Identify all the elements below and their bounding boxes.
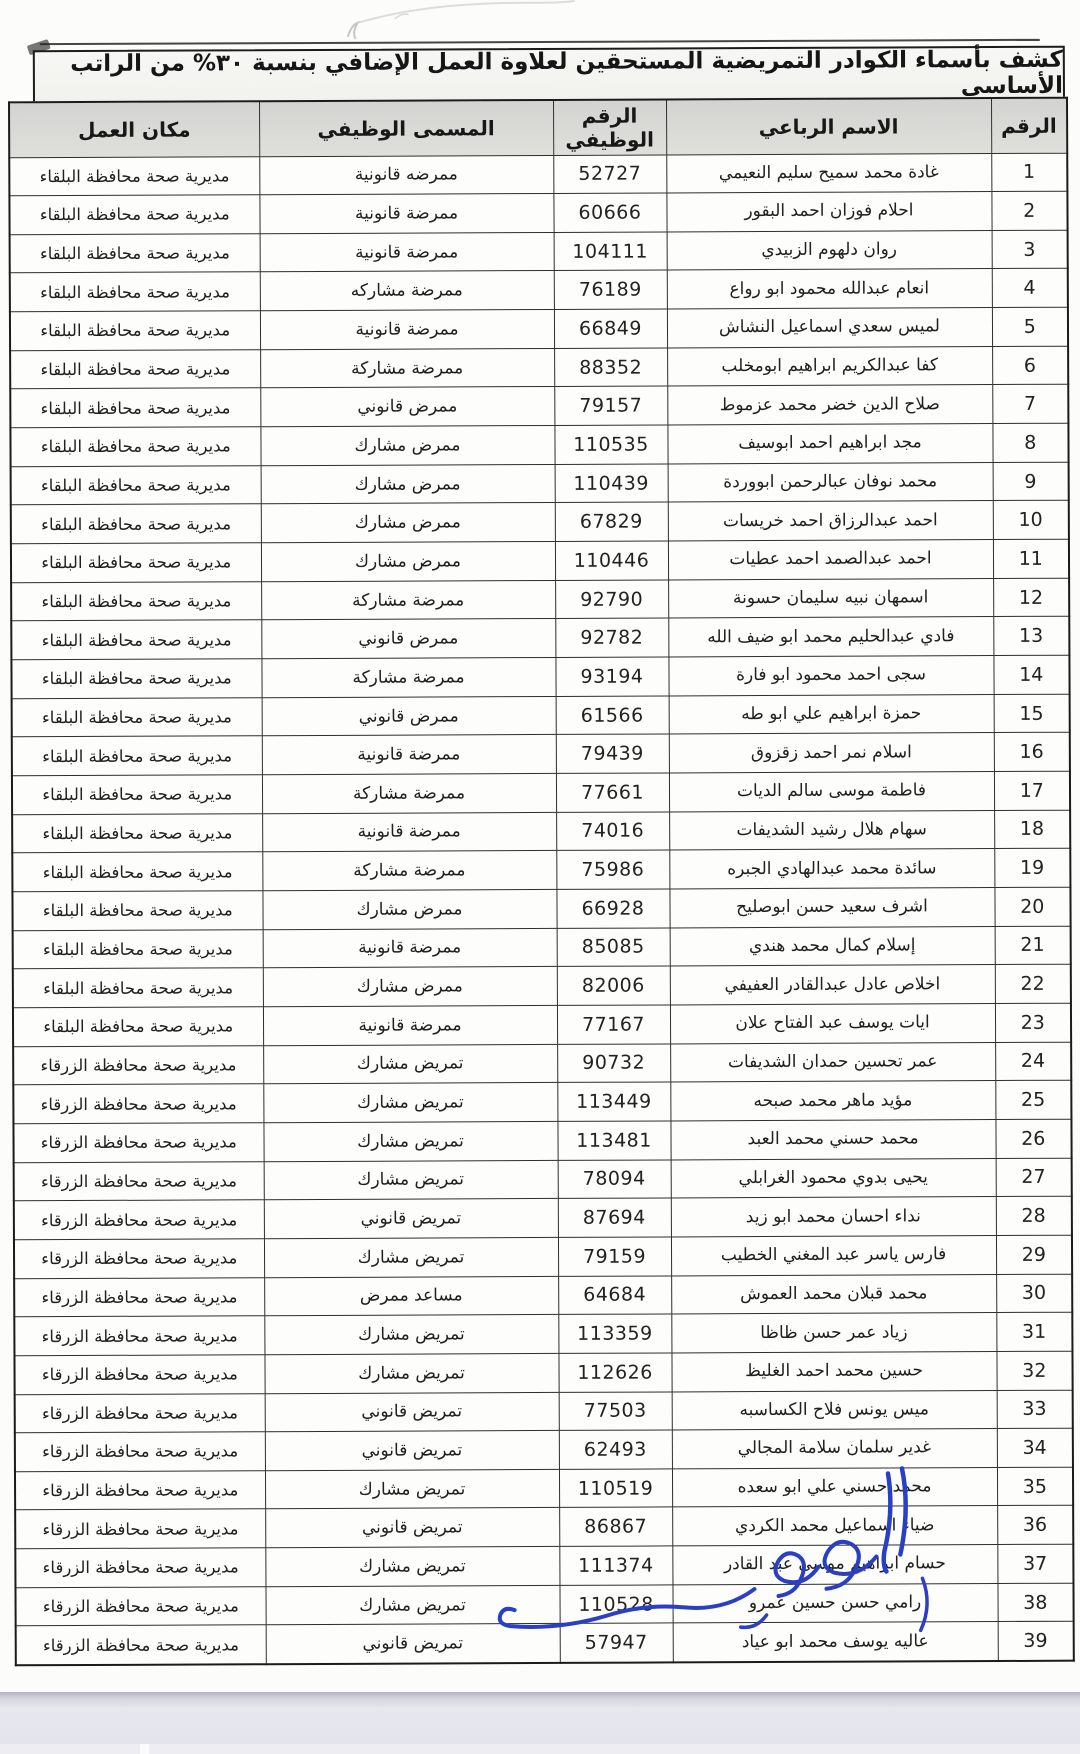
cell-employee-number: 85085 (557, 928, 670, 967)
cell-serial: 22 (995, 964, 1071, 1003)
table-row: 3روان دلهوم الزبيدي104111ممرضة قانونيةمد… (10, 230, 1068, 273)
cell-workplace: مديرية صحة محافظة الزرقاء (14, 1200, 264, 1240)
cell-serial: 18 (994, 810, 1070, 849)
cell-employee-number: 79157 (554, 386, 667, 425)
column-header-full-name: الاسم الرباعي (666, 98, 991, 154)
cell-workplace: مديرية صحة محافظة البلقاء (10, 350, 260, 390)
cell-workplace: مديرية صحة محافظة البلقاء (10, 388, 260, 428)
cell-job-title: ممرضه قانونية (259, 155, 553, 195)
cell-workplace: مديرية صحة محافظة الزرقاء (14, 1161, 264, 1201)
cell-full-name: فارس ياسر عبد المغني الخطيب (671, 1235, 996, 1275)
cell-serial: 2 (991, 191, 1067, 230)
cell-employee-number: 113359 (558, 1314, 671, 1353)
cell-serial: 24 (995, 1042, 1071, 1081)
cell-job-title: تمريض مشارك (263, 1121, 557, 1161)
table-row: 8مجد ابراهيم احمد ابوسيف110535ممرض مشارك… (10, 423, 1068, 466)
table-row: 36ضياء اسماعيل محمد الكردي86867تمريض قان… (15, 1506, 1073, 1549)
document-title-box: كشف بأسماء الكوادر التمريضية المستحقين ل… (33, 46, 1065, 105)
cell-job-title: ممرض قانوني (262, 696, 556, 736)
cell-workplace: مديرية صحة محافظة البلقاء (12, 736, 262, 776)
cell-workplace: مديرية صحة محافظة الزرقاء (14, 1239, 264, 1279)
cell-job-title: تمريض قانوني (265, 1431, 559, 1471)
cell-full-name: مجد ابراهيم احمد ابوسيف (667, 424, 992, 464)
cell-full-name: اشرف سعيد حسن ابوصليح (669, 887, 994, 927)
table-row: 12اسمهان نبيه سليمان حسونة92790ممرضة مشا… (11, 578, 1069, 621)
cell-employee-number: 77503 (559, 1391, 672, 1430)
cell-serial: 5 (992, 307, 1068, 346)
cell-serial: 16 (994, 733, 1070, 772)
cell-serial: 31 (996, 1312, 1072, 1351)
cell-job-title: ممرضة قانونية (260, 310, 554, 350)
cell-serial: 1 (991, 153, 1067, 192)
cell-employee-number: 67829 (555, 502, 668, 541)
cell-workplace: مديرية صحة محافظة البلقاء (11, 465, 261, 505)
cell-full-name: حسام ابراهيم موسى عبد القادر (672, 1545, 997, 1585)
cell-serial: 9 (993, 462, 1069, 501)
cell-workplace: مديرية صحة محافظة البلقاء (12, 852, 262, 892)
scan-edge-notch (140, 1744, 149, 1754)
header-row: الرقم الاسم الرباعي الرقم الوظيفي المسمى… (9, 98, 1067, 158)
cell-job-title: تمريض مشارك (263, 1044, 557, 1084)
document-sheet: كشف بأسماء الكوادر التمريضية المستحقين ل… (0, 0, 1080, 1754)
cell-serial: 13 (993, 617, 1069, 656)
cell-serial: 12 (993, 578, 1069, 617)
cell-full-name: احلام فوزان احمد البقور (666, 192, 991, 232)
cell-serial: 4 (992, 269, 1068, 308)
table-row: 28نداء احسان محمد ابو زيد87694تمريض قانو… (14, 1196, 1072, 1239)
table-row: 33ميس يونس فلاح الكساسبه77503تمريض قانون… (15, 1390, 1073, 1433)
cell-full-name: فاطمة موسى سالم الديات (669, 772, 994, 812)
cell-workplace: مديرية صحة محافظة الزرقاء (16, 1625, 266, 1665)
table-row: 31زياد عمر حسن ظاظا113359تمريض مشاركمدير… (14, 1312, 1072, 1355)
cell-job-title: ممرضة مشاركة (260, 348, 554, 388)
cell-workplace: مديرية صحة محافظة الزرقاء (15, 1432, 265, 1472)
cell-full-name: زياد عمر حسن ظاظا (671, 1313, 996, 1353)
cell-job-title: مساعد ممرض (264, 1276, 558, 1316)
cell-full-name: ضياء اسماعيل محمد الكردي (672, 1506, 997, 1546)
cell-workplace: مديرية صحة محافظة البلقاء (13, 968, 263, 1008)
table-row: 22اخلاص عادل عبدالقادر العفيفي82006ممرض … (13, 964, 1071, 1007)
cell-workplace: مديرية صحة محافظة الزرقاء (15, 1586, 265, 1626)
cell-serial: 14 (993, 655, 1069, 694)
cell-job-title: ممرضة قانونية (262, 812, 556, 852)
cell-employee-number: 74016 (556, 812, 669, 851)
cell-serial: 21 (995, 926, 1071, 965)
cell-serial: 10 (993, 501, 1069, 540)
cell-full-name: نداء احسان محمد ابو زيد (671, 1197, 996, 1237)
cell-workplace: مديرية صحة محافظة البلقاء (12, 813, 262, 853)
table-row: 23ايات يوسف عبد الفتاح علان77167ممرضة قا… (13, 1003, 1071, 1046)
cell-serial: 15 (994, 694, 1070, 733)
cell-employee-number: 110446 (555, 541, 668, 580)
cell-serial: 3 (992, 230, 1068, 269)
table-row: 7صلاح الدين خضر محمد عزموط79157ممرض قانو… (10, 385, 1068, 428)
cell-serial: 34 (997, 1428, 1073, 1467)
staff-table: الرقم الاسم الرباعي الرقم الوظيفي المسمى… (8, 97, 1075, 1666)
cell-full-name: اسمهان نبيه سليمان حسونة (668, 578, 993, 618)
cell-job-title: تمريض مشارك (265, 1585, 559, 1625)
cell-full-name: سجى احمد محمود ابو فارة (668, 656, 993, 696)
table-row: 29فارس ياسر عبد المغني الخطيب79159تمريض … (14, 1235, 1072, 1278)
cell-serial: 36 (997, 1506, 1073, 1545)
table-row: 11احمد عبدالصمد احمد عطيات110446ممرض مشا… (11, 539, 1069, 582)
cell-job-title: ممرض مشارك (261, 503, 555, 543)
cell-serial: 25 (995, 1080, 1071, 1119)
cell-serial: 7 (992, 385, 1068, 424)
cell-serial: 30 (996, 1274, 1072, 1313)
table-row: 30محمد قبلان محمد العموش64684مساعد ممرضم… (14, 1274, 1072, 1317)
cell-serial: 8 (992, 423, 1068, 462)
cell-job-title: ممرضة قانونية (263, 1005, 557, 1045)
table-row: 39عاليه يوسف محمد ابو عياد57947تمريض قان… (16, 1622, 1074, 1665)
cell-job-title: ممرضة مشاركة (261, 657, 555, 697)
table-row: 34غدير سلمان سلامة المجالي62493تمريض قان… (15, 1428, 1073, 1471)
table-row: 24عمر تحسين حمدان الشديفات90732تمريض مشا… (13, 1042, 1071, 1085)
cell-serial: 39 (998, 1622, 1074, 1661)
cell-job-title: ممرضة مشاركه (260, 271, 554, 311)
cell-job-title: ممرضة قانونية (259, 194, 553, 234)
staff-table-header: الرقم الاسم الرباعي الرقم الوظيفي المسمى… (9, 98, 1067, 158)
cell-full-name: رامي حسن حسين عمرو (672, 1583, 997, 1623)
cell-full-name: اسلام نمر احمد زقزوق (669, 733, 994, 773)
cell-full-name: عمر تحسين حمدان الشديفات (670, 1042, 995, 1082)
cell-serial: 35 (997, 1467, 1073, 1506)
table-row: 17فاطمة موسى سالم الديات77661ممرضة مشارك… (12, 771, 1070, 814)
cell-full-name: ايات يوسف عبد الفتاح علان (670, 1003, 995, 1043)
cell-employee-number: 104111 (554, 232, 667, 271)
cell-full-name: حمزة ابراهيم علي ابو طه (669, 694, 994, 734)
cell-employee-number: 113449 (557, 1082, 670, 1121)
cell-job-title: ممرضة قانونية (262, 735, 556, 775)
cell-workplace: مديرية صحة محافظة الزرقاء (15, 1393, 265, 1433)
cell-workplace: مديرية صحة محافظة البلقاء (11, 543, 261, 583)
table-row: 13فادي عبدالحليم محمد ابو ضيف الله92782م… (11, 617, 1069, 660)
cell-workplace: مديرية صحة محافظة الزرقاء (14, 1355, 264, 1395)
cell-job-title: تمريض مشارك (264, 1315, 558, 1355)
table-row: 16اسلام نمر احمد زقزوق79439ممرضة قانونية… (12, 733, 1070, 776)
cell-workplace: مديرية صحة محافظة البلقاء (12, 697, 262, 737)
cell-full-name: عاليه يوسف محمد ابو عياد (673, 1622, 998, 1662)
cell-workplace: مديرية صحة محافظة الزرقاء (15, 1509, 265, 1549)
cell-employee-number: 110528 (559, 1585, 672, 1624)
cell-full-name: احمد عبدالصمد احمد عطيات (668, 540, 993, 580)
cell-job-title: تمريض مشارك (264, 1160, 558, 1200)
cell-workplace: مديرية صحة محافظة البلقاء (13, 929, 263, 969)
cell-full-name: احمد عبدالرزاق احمد خريسات (668, 501, 993, 541)
cell-job-title: ممرض قانوني (260, 387, 554, 427)
cell-serial: 27 (996, 1158, 1072, 1197)
column-header-employee-no: الرقم الوظيفي (553, 99, 666, 154)
cell-workplace: مديرية صحة محافظة البلقاء (11, 620, 261, 660)
cell-employee-number: 75986 (556, 850, 669, 889)
cell-job-title: تمريض قانوني (264, 1199, 558, 1239)
cell-workplace: مديرية صحة محافظة البلقاء (12, 775, 262, 815)
cell-serial: 29 (996, 1235, 1072, 1274)
cell-full-name: غدير سلمان سلامة المجالي (672, 1429, 997, 1469)
cell-employee-number: 92782 (555, 618, 668, 657)
cell-employee-number: 82006 (557, 966, 670, 1005)
cell-full-name: محمد حسني محمد العبد (670, 1119, 995, 1159)
cell-serial: 23 (995, 1003, 1071, 1042)
table-row: 9محمد نوفان عبالرحمن ابووردة110439ممرض م… (11, 462, 1069, 505)
cell-employee-number: 61566 (556, 696, 669, 735)
cell-employee-number: 90732 (557, 1044, 670, 1083)
cell-workplace: مديرية صحة محافظة البلقاء (10, 234, 260, 274)
table-row: 1غادة محمد سميح سليم النعيمي52727ممرضه ق… (9, 153, 1067, 196)
table-row: 37حسام ابراهيم موسى عبد القادر111374تمري… (15, 1544, 1073, 1587)
cell-serial: 37 (997, 1544, 1073, 1583)
cell-workplace: مديرية صحة محافظة البلقاء (9, 156, 259, 196)
table-row: 26محمد حسني محمد العبد113481تمريض مشاركم… (13, 1119, 1071, 1162)
table-row: 4انعام عبدالله محمود ابو رواع76189ممرضة … (10, 269, 1068, 312)
cell-job-title: ممرض مشارك (260, 426, 554, 466)
cell-job-title: تمريض مشارك (265, 1547, 559, 1587)
cell-job-title: تمريض مشارك (265, 1469, 559, 1509)
cell-serial: 33 (997, 1390, 1073, 1429)
cell-workplace: مديرية صحة محافظة البلقاء (11, 659, 261, 699)
cell-serial: 6 (992, 346, 1068, 385)
cell-serial: 19 (994, 849, 1070, 888)
cell-employee-number: 57947 (560, 1623, 673, 1662)
table-row: 20اشرف سعيد حسن ابوصليح66928ممرض مشاركمد… (12, 887, 1070, 930)
cell-full-name: سائدة محمد عبدالهادي الجبره (669, 849, 994, 889)
cell-serial: 17 (994, 771, 1070, 810)
cell-employee-number: 77167 (557, 1005, 670, 1044)
cell-employee-number: 62493 (559, 1430, 672, 1469)
cell-full-name: مؤيد ماهر محمد صبحه (670, 1081, 995, 1121)
cell-full-name: اخلاص عادل عبدالقادر العفيفي (670, 965, 995, 1005)
cell-job-title: ممرض مشارك (261, 542, 555, 582)
cell-job-title: تمريض مشارك (264, 1237, 558, 1277)
cell-employee-number: 86867 (559, 1507, 672, 1546)
cell-employee-number: 113481 (557, 1121, 670, 1160)
cell-job-title: ممرضة قانونية (260, 232, 554, 272)
column-header-serial: الرقم (991, 98, 1067, 153)
cell-workplace: مديرية صحة محافظة الزرقاء (15, 1471, 265, 1511)
cell-employee-number: 87694 (558, 1198, 671, 1237)
cell-employee-number: 111374 (559, 1546, 672, 1585)
cell-workplace: مديرية صحة محافظة البلقاء (11, 581, 261, 621)
cell-job-title: ممرضة مشاركة (261, 580, 555, 620)
table-row: 6كفا عبدالكريم ابراهيم ابومخلب88352ممرضة… (10, 346, 1068, 389)
table-row: 10احمد عبدالرزاق احمد خريسات67829ممرض مش… (11, 501, 1069, 544)
cell-job-title: تمريض مشارك (264, 1353, 558, 1393)
cell-employee-number: 64684 (558, 1275, 671, 1314)
column-header-workplace: مكان العمل (9, 101, 259, 157)
cell-employee-number: 88352 (554, 348, 667, 387)
cell-full-name: محمد حسني علي ابو سعده (672, 1467, 997, 1507)
cell-workplace: مديرية صحة محافظة البلقاء (10, 427, 260, 467)
cell-employee-number: 79159 (558, 1237, 671, 1276)
cell-workplace: مديرية صحة محافظة الزرقاء (13, 1123, 263, 1163)
column-header-job-title: المسمى الوظيفي (259, 100, 553, 156)
cell-job-title: تمريض قانوني (265, 1508, 559, 1548)
table-row: 21إسلام كمال محمد هندي85085ممرضة قانونية… (13, 926, 1071, 969)
table-row: 15حمزة ابراهيم علي ابو طه61566ممرض قانون… (12, 694, 1070, 737)
table-row: 27يحيى بدوي محمود الغرابلي78094تمريض مشا… (14, 1158, 1072, 1201)
cell-full-name: ميس يونس فلاح الكساسبه (672, 1390, 997, 1430)
cell-employee-number: 79439 (556, 734, 669, 773)
cell-workplace: مديرية صحة محافظة البلقاء (10, 272, 260, 312)
cell-employee-number: 77661 (556, 773, 669, 812)
cell-serial: 20 (994, 887, 1070, 926)
scan-edge-band-light (0, 1744, 1080, 1754)
cell-full-name: محمد نوفان عبالرحمن ابووردة (668, 462, 993, 502)
cell-full-name: محمد قبلان محمد العموش (671, 1274, 996, 1314)
cell-employee-number: 93194 (555, 657, 668, 696)
scanned-document-page: كشف بأسماء الكوادر التمريضية المستحقين ل… (0, 0, 1080, 1754)
table-row: 32حسين محمد احمد الغليظ112626تمريض مشارك… (14, 1351, 1072, 1394)
cell-job-title: ممرض مشارك (263, 967, 557, 1007)
cell-serial: 32 (996, 1351, 1072, 1390)
cell-full-name: لميس سعدي اسماعيل النشاش (667, 308, 992, 348)
cell-employee-number: 52727 (553, 154, 666, 193)
cell-employee-number: 110519 (559, 1469, 672, 1508)
cell-workplace: مديرية صحة محافظة البلقاء (11, 504, 261, 544)
cell-full-name: حسين محمد احمد الغليظ (671, 1351, 996, 1391)
cell-employee-number: 110535 (554, 425, 667, 464)
cell-job-title: ممرض قانوني (261, 619, 555, 659)
cell-job-title: ممرض مشارك (261, 464, 555, 504)
table-row: 18سهام هلال رشيد الشديفات74016ممرضة قانو… (12, 810, 1070, 853)
cell-workplace: مديرية صحة محافظة الزرقاء (14, 1277, 264, 1317)
table-row: 2احلام فوزان احمد البقور60666ممرضة قانون… (9, 191, 1067, 234)
cell-workplace: مديرية صحة محافظة البلقاء (10, 311, 260, 351)
cell-job-title: تمريض قانوني (265, 1392, 559, 1432)
cell-job-title: ممرضة مشاركة (262, 851, 556, 891)
cell-full-name: فادي عبدالحليم محمد ابو ضيف الله (668, 617, 993, 657)
cell-serial: 26 (995, 1119, 1071, 1158)
cell-job-title: تمريض مشارك (263, 1083, 557, 1123)
table-row: 25مؤيد ماهر محمد صبحه113449تمريض مشاركمد… (13, 1080, 1071, 1123)
cell-serial: 38 (997, 1583, 1073, 1622)
cell-employee-number: 112626 (558, 1353, 671, 1392)
cell-employee-number: 110439 (555, 464, 668, 503)
document-title: كشف بأسماء الكوادر التمريضية المستحقين ل… (35, 47, 1063, 103)
cell-job-title: تمريض قانوني (266, 1624, 560, 1664)
cell-full-name: صلاح الدين خضر محمد عزموط (667, 385, 992, 425)
cell-workplace: مديرية صحة محافظة الزرقاء (13, 1084, 263, 1124)
cell-employee-number: 76189 (554, 270, 667, 309)
cell-full-name: سهام هلال رشيد الشديفات (669, 810, 994, 850)
cell-job-title: ممرضة قانونية (263, 928, 557, 968)
cell-workplace: مديرية صحة محافظة الزرقاء (13, 1045, 263, 1085)
cell-workplace: مديرية صحة محافظة الزرقاء (14, 1316, 264, 1356)
table-row: 35محمد حسني علي ابو سعده110519تمريض مشار… (15, 1467, 1073, 1510)
cell-serial: 28 (996, 1196, 1072, 1235)
table-row: 38رامي حسن حسين عمرو110528تمريض مشاركمدي… (15, 1583, 1073, 1626)
cell-full-name: يحيى بدوي محمود الغرابلي (671, 1158, 996, 1198)
cell-workplace: مديرية صحة محافظة البلقاء (13, 1007, 263, 1047)
table-row: 19سائدة محمد عبدالهادي الجبره75986ممرضة … (12, 849, 1070, 892)
cell-employee-number: 66928 (556, 889, 669, 928)
cell-employee-number: 66849 (554, 309, 667, 348)
cell-employee-number: 92790 (555, 580, 668, 619)
staff-table-body: 1غادة محمد سميح سليم النعيمي52727ممرضه ق… (9, 153, 1074, 1665)
table-row: 5لميس سعدي اسماعيل النشاش66849ممرضة قانو… (10, 307, 1068, 350)
cell-employee-number: 60666 (553, 193, 666, 232)
cell-employee-number: 78094 (558, 1160, 671, 1199)
cell-full-name: انعام عبدالله محمود ابو رواع (667, 269, 992, 309)
cell-full-name: كفا عبدالكريم ابراهيم ابومخلب (667, 346, 992, 386)
cell-full-name: إسلام كمال محمد هندي (670, 926, 995, 966)
cell-serial: 11 (993, 539, 1069, 578)
cell-workplace: مديرية صحة محافظة الزرقاء (15, 1548, 265, 1588)
cell-full-name: روان دلهوم الزبيدي (667, 230, 992, 270)
table-row: 14سجى احمد محمود ابو فارة93194ممرضة مشار… (11, 655, 1069, 698)
cell-job-title: ممرضة مشاركة (262, 773, 556, 813)
cell-full-name: غادة محمد سميح سليم النعيمي (666, 153, 991, 193)
cell-workplace: مديرية صحة محافظة البلقاء (9, 195, 259, 235)
cell-job-title: ممرض مشارك (262, 889, 556, 929)
cell-workplace: مديرية صحة محافظة البلقاء (12, 891, 262, 931)
